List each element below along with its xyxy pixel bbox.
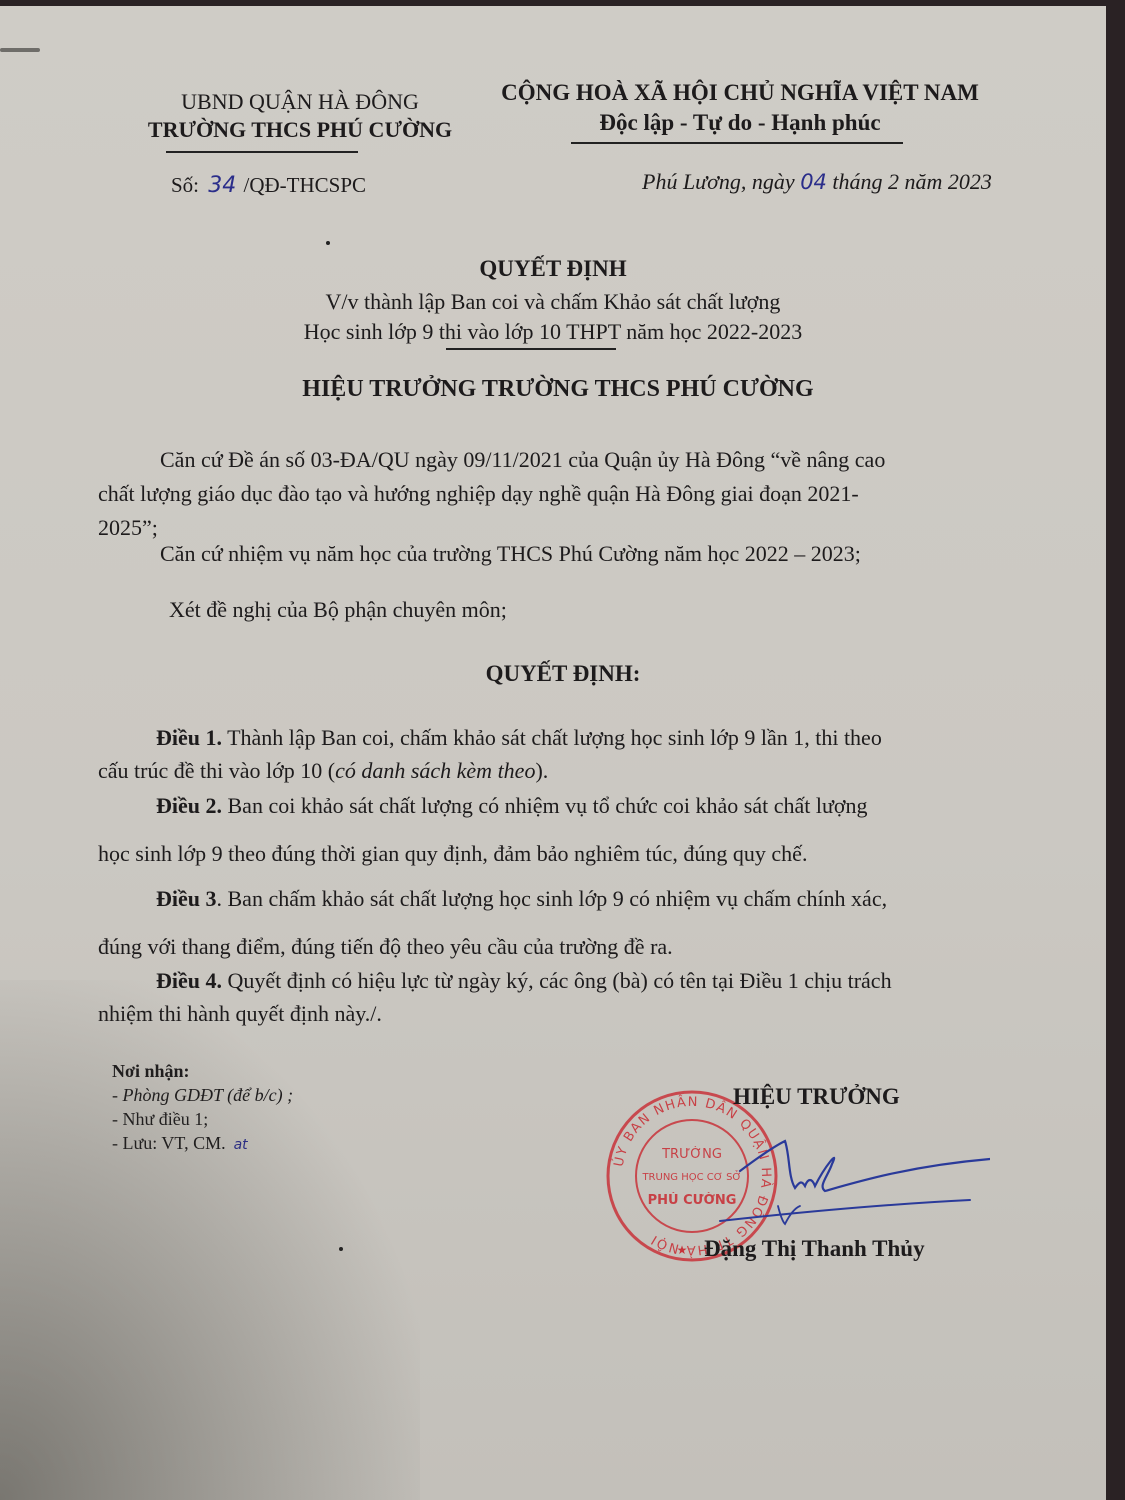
article-1-line-2: cấu trúc đề thi vào lớp 10 ( xyxy=(98,758,335,783)
recipients-block: Nơi nhận: - Phòng GDĐT (để b/c) ; - Như … xyxy=(112,1059,293,1157)
authority-name: UBND QUẬN HÀ ĐÔNG xyxy=(100,88,500,116)
article-2-label: Điều 2. xyxy=(156,793,222,818)
svg-text:★: ★ xyxy=(677,1243,688,1257)
article-2-line-2: học sinh lớp 9 theo đúng thời gian quy đ… xyxy=(98,830,868,878)
article-1-attachment-note: có danh sách kèm theo xyxy=(335,758,535,783)
decision-subject-line-2: Học sinh lớp 9 thi vào lớp 10 THPT năm h… xyxy=(0,319,1106,345)
document-page: UBND QUẬN HÀ ĐÔNG TRƯỜNG THCS PHÚ CƯỜNG … xyxy=(0,6,1106,1500)
basis-1-line-2: chất lượng giáo dục đào tạo và hướng ngh… xyxy=(98,477,885,511)
decision-subject-line-1: V/v thành lập Ban coi và chấm Khảo sát c… xyxy=(0,289,1106,315)
article-1: Điều 1. Thành lập Ban coi, chấm khảo sát… xyxy=(98,721,882,787)
header-right: CỘNG HOÀ XÃ HỘI CHỦ NGHĨA VIỆT NAM Độc l… xyxy=(480,78,1000,138)
date-prefix: Phú Lương, ngày xyxy=(642,169,795,194)
signer-title: HIỆU TRƯỞNG xyxy=(733,1084,900,1110)
number-suffix: /QĐ-THCSPC xyxy=(244,173,367,197)
handwritten-initials: at xyxy=(234,1137,248,1153)
school-name: TRƯỜNG THCS PHÚ CƯỜNG xyxy=(100,116,500,144)
handwritten-day: 04 xyxy=(800,170,827,194)
document-date: Phú Lương, ngày 04 tháng 2 năm 2023 xyxy=(642,169,992,195)
handwritten-signature-icon xyxy=(690,1126,990,1236)
basis-1-line-1: Căn cứ Đề án số 03-ĐA/QU ngày 09/11/2021… xyxy=(98,443,885,477)
header-left-underline xyxy=(166,151,358,153)
decision-heading: QUYẾT ĐỊNH: xyxy=(0,661,1106,687)
issuer-heading: HIỆU TRƯỞNG TRƯỜNG THCS PHÚ CƯỜNG xyxy=(0,376,1106,403)
ink-speck xyxy=(326,241,330,245)
proposal-paragraph: Xét đề nghị của Bộ phận chuyên môn; xyxy=(169,593,507,627)
article-4: Điều 4. Quyết định có hiệu lực từ ngày k… xyxy=(98,964,892,1030)
number-prefix: Số: xyxy=(171,173,199,197)
header-right-underline xyxy=(571,142,903,144)
basis-paragraph-2: Căn cứ nhiệm vụ năm học của trường THCS … xyxy=(160,537,861,571)
article-2-line-1: Ban coi khảo sát chất lượng có nhiệm vụ … xyxy=(222,793,868,818)
article-1-line-2-end: ). xyxy=(535,758,548,783)
paper-mark xyxy=(0,48,40,52)
signer-name: Đặng Thị Thanh Thủy xyxy=(704,1236,925,1262)
recipient-item: - Như điều 1; xyxy=(112,1107,293,1131)
article-4-line-1: Quyết định có hiệu lực từ ngày ký, các ô… xyxy=(222,968,892,993)
article-3: Điều 3. Ban chấm khảo sát chất lượng học… xyxy=(98,875,887,971)
article-3-label: Điều 3 xyxy=(156,886,217,911)
article-4-line-2: nhiệm thi hành quyết định này./. xyxy=(98,997,892,1030)
nation-name: CỘNG HOÀ XÃ HỘI CHỦ NGHĨA VIỆT NAM xyxy=(480,78,1000,108)
recipient-item: - Lưu: VT, CM.at xyxy=(112,1131,293,1157)
document-number: Số: 34 /QĐ-THCSPC xyxy=(171,173,366,198)
article-1-label: Điều 1. xyxy=(156,725,222,750)
article-2: Điều 2. Ban coi khảo sát chất lượng có n… xyxy=(98,782,868,878)
decision-title: QUYẾT ĐỊNH xyxy=(0,256,1106,282)
article-4-label: Điều 4. xyxy=(156,968,222,993)
ink-speck xyxy=(339,1247,343,1251)
handwritten-number: 34 xyxy=(208,173,236,198)
basis-paragraph-1: Căn cứ Đề án số 03-ĐA/QU ngày 09/11/2021… xyxy=(98,443,885,545)
recipient-item: - Phòng GDĐT (để b/c) ; xyxy=(112,1083,293,1107)
article-1-line-1: Thành lập Ban coi, chấm khảo sát chất lư… xyxy=(222,725,882,750)
header-left: UBND QUẬN HÀ ĐÔNG TRƯỜNG THCS PHÚ CƯỜNG xyxy=(100,88,500,144)
article-3-line-1: . Ban chấm khảo sát chất lượng học sinh … xyxy=(217,886,888,911)
date-suffix: tháng 2 năm 2023 xyxy=(832,169,992,194)
national-motto: Độc lập - Tự do - Hạnh phúc xyxy=(480,108,1000,138)
recipients-title: Nơi nhận: xyxy=(112,1059,293,1083)
subject-underline xyxy=(446,348,616,350)
